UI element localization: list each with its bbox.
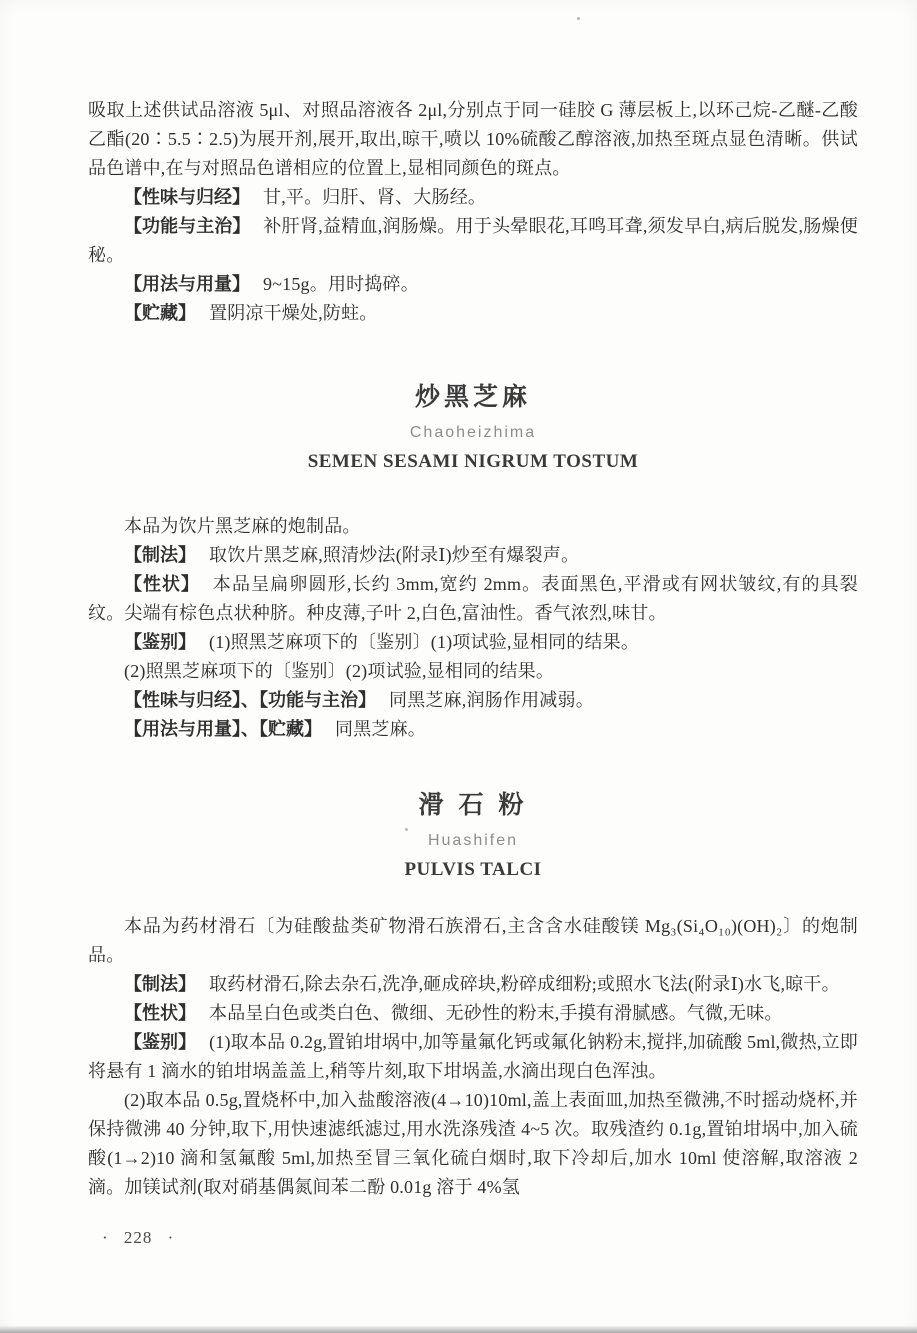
paragraph-property-meridian: 【性味与归经】甘,平。归肝、肾、大肠经。: [88, 183, 858, 212]
section-label: 【鉴别】: [124, 632, 196, 652]
monograph-pinyin: Huashifen: [88, 831, 858, 851]
paragraph-identification-1: 【鉴别】(1)取本品 0.2g,置铂坩埚中,加等量氟化钙或氟化钠粉末,搅拌,加硫…: [88, 1028, 858, 1086]
section-label: 【鉴别】: [124, 1032, 196, 1052]
monograph-pinyin: Chaoheizhima: [88, 423, 858, 443]
section-label: 【用法与用量】: [124, 274, 250, 294]
monograph-chaoheizhima: 炒黑芝麻 Chaoheizhima SEMEN SESAMI NIGRUM TO…: [88, 382, 858, 744]
section-label: 【性状】: [124, 1003, 196, 1023]
section-label: 【性状】: [124, 574, 200, 594]
paragraph-identification-2: (2)照黑芝麻项下的〔鉴别〕(2)项试验,显相同的结果。: [88, 657, 858, 686]
paragraph-text: 本品为药材滑石〔为硅酸盐类矿物滑石族滑石,主含含水硅酸镁 Mg₃(Si₄O₁₀)…: [88, 916, 858, 965]
paragraph-text: 同黑芝麻,润肠作用减弱。: [389, 690, 594, 710]
paragraph-preparation: 【制法】取药材滑石,除去杂石,洗净,砸成碎块,粉碎成细粉;或照水飞法(附录Ⅰ)水…: [88, 970, 858, 999]
paragraph-functions-indications: 【功能与主治】补肝肾,益精血,润肠燥。用于头晕眼花,耳鸣耳聋,须发早白,病后脱发…: [88, 212, 858, 270]
section-label: 【功能与主治】: [124, 216, 250, 236]
monograph-header: 炒黑芝麻 Chaoheizhima SEMEN SESAMI NIGRUM TO…: [88, 382, 858, 474]
paragraph-description: 本品为药材滑石〔为硅酸盐类矿物滑石族滑石,主含含水硅酸镁 Mg₃(Si₄O₁₀)…: [88, 912, 858, 970]
paragraph-text: 本品呈白色或类白色、微细、无砂性的粉末,手摸有滑腻感。气微,无味。: [209, 1003, 783, 1023]
monograph-huashifen: 滑 石 粉 Huashifen PULVIS TALCI 本品为药材滑石〔为硅酸…: [88, 790, 858, 1202]
paragraph-identification-1: 【鉴别】(1)照黑芝麻项下的〔鉴别〕(1)项试验,显相同的结果。: [88, 628, 858, 657]
paragraph-usage-storage: 【用法与用量】、【贮藏】同黑芝麻。: [88, 715, 858, 744]
page-content: 吸取上述供试品溶液 5μl、对照品溶液各 2μl,分别点于同一硅胶 G 薄层板上…: [88, 96, 858, 1248]
paragraph-tlc-identification: 吸取上述供试品溶液 5μl、对照品溶液各 2μl,分别点于同一硅胶 G 薄层板上…: [88, 96, 858, 183]
paragraph-storage: 【贮藏】置阴凉干燥处,防蛀。: [88, 299, 858, 328]
page-number: · 228 ·: [102, 1228, 174, 1247]
paragraph-text: 9~15g。用时捣碎。: [263, 274, 419, 294]
paragraph-text: 甘,平。归肝、肾、大肠经。: [263, 187, 486, 207]
paragraph-text: 取药材滑石,除去杂石,洗净,砸成碎块,粉碎成细粉;或照水飞法(附录Ⅰ)水飞,晾干…: [209, 974, 840, 994]
paragraph-text: 置阴凉干燥处,防蛀。: [209, 303, 378, 323]
paragraph-text: (2)照黑芝麻项下的〔鉴别〕(2)项试验,显相同的结果。: [124, 661, 554, 681]
paragraph-characteristics: 【性状】本品呈白色或类白色、微细、无砂性的粉末,手摸有滑腻感。气微,无味。: [88, 999, 858, 1028]
paragraph-text: (1)照黑芝麻项下的〔鉴别〕(1)项试验,显相同的结果。: [209, 632, 639, 652]
section-label: 【制法】: [124, 974, 196, 994]
section-label: 【用法与用量】、【贮藏】: [124, 719, 322, 739]
paragraph-text: 本品为饮片黑芝麻的炮制品。: [124, 516, 361, 536]
monograph-title-cn: 炒黑芝麻: [88, 382, 858, 412]
paragraph-text: (1)取本品 0.2g,置铂坩埚中,加等量氟化钙或氟化钠粉末,搅拌,加硫酸 5m…: [88, 1032, 858, 1081]
paragraph-text: 同黑芝麻。: [335, 719, 426, 739]
paragraph-text: 本品呈扁卵圆形,长约 3mm,宽约 2mm。表面黑色,平滑或有网状皱纹,有的具裂…: [88, 574, 858, 623]
paragraph-property-functions: 【性味与归经】、【功能与主治】同黑芝麻,润肠作用减弱。: [88, 686, 858, 715]
section-label: 【性味与归经】: [124, 187, 250, 207]
monograph-title-cn: 滑 石 粉: [88, 790, 858, 820]
section-label: 【贮藏】: [124, 303, 196, 323]
paragraph-description: 本品为饮片黑芝麻的炮制品。: [88, 512, 858, 541]
section-label: 【制法】: [124, 545, 196, 565]
monograph-continuation-heizhima: 吸取上述供试品溶液 5μl、对照品溶液各 2μl,分别点于同一硅胶 G 薄层板上…: [88, 96, 858, 328]
paragraph-text: (2)取本品 0.5g,置烧杯中,加入盐酸溶液(4→10)10ml,盖上表面皿,…: [88, 1090, 858, 1197]
scan-speck: [577, 17, 580, 20]
section-label: 【性味与归经】、【功能与主治】: [124, 690, 376, 710]
paragraph-preparation: 【制法】取饮片黑芝麻,照清炒法(附录Ⅰ)炒至有爆裂声。: [88, 541, 858, 570]
paragraph-text: 取饮片黑芝麻,照清炒法(附录Ⅰ)炒至有爆裂声。: [209, 545, 579, 565]
page-footer: · 228 ·: [88, 1228, 858, 1248]
monograph-latin-name: PULVIS TALCI: [88, 858, 858, 882]
monograph-header: 滑 石 粉 Huashifen PULVIS TALCI: [88, 790, 858, 882]
paragraph-usage-dosage: 【用法与用量】9~15g。用时捣碎。: [88, 270, 858, 299]
paragraph-characteristics: 【性状】本品呈扁卵圆形,长约 3mm,宽约 2mm。表面黑色,平滑或有网状皱纹,…: [88, 570, 858, 628]
paragraph-text: 吸取上述供试品溶液 5μl、对照品溶液各 2μl,分别点于同一硅胶 G 薄层板上…: [88, 100, 858, 178]
scan-edge-shadow: [0, 1326, 917, 1333]
monograph-latin-name: SEMEN SESAMI NIGRUM TOSTUM: [88, 450, 858, 474]
paragraph-identification-2: (2)取本品 0.5g,置烧杯中,加入盐酸溶液(4→10)10ml,盖上表面皿,…: [88, 1086, 858, 1202]
scanned-page: 吸取上述供试品溶液 5μl、对照品溶液各 2μl,分别点于同一硅胶 G 薄层板上…: [0, 0, 917, 1333]
